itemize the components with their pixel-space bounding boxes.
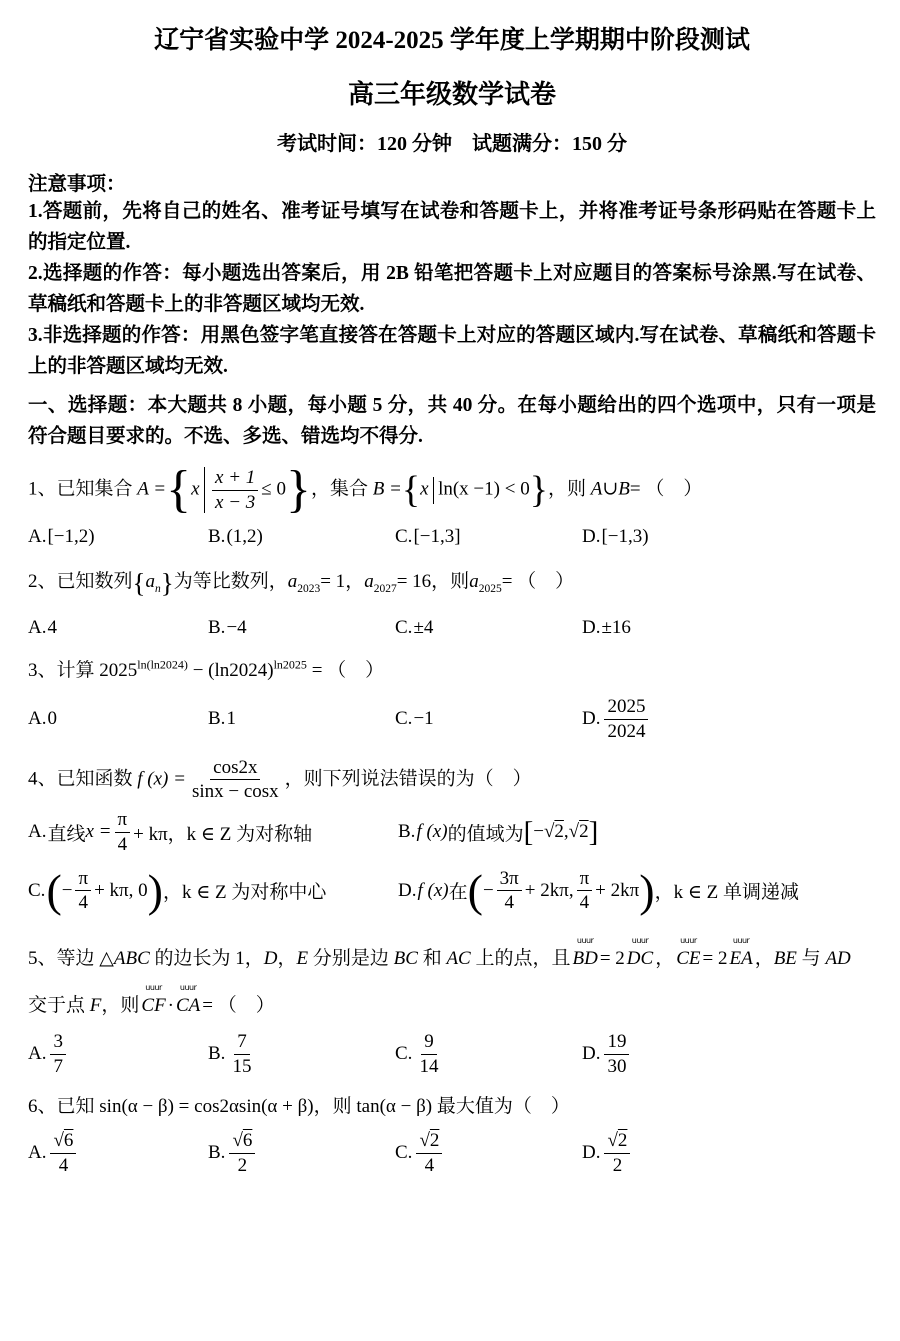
option-label: D.	[398, 880, 416, 902]
fraction-numerator: √2	[604, 1129, 630, 1154]
math-run: 1、已知集合	[28, 478, 137, 499]
sqrt-sign: √	[607, 1130, 617, 1151]
question-1-options: A.[−1,2) B.(1,2) C.[−1,3] D.[−1,3)	[28, 526, 876, 548]
option-value: ±16	[601, 617, 630, 639]
question-4-options-row-1: A.直线 x =π4+ kπ，k ∈ Z 为对称轴 B.f (x) 的值域为[−…	[28, 808, 876, 857]
math-run: ，	[655, 948, 674, 969]
sqrt-sign: √	[232, 1130, 242, 1151]
math-run: a	[288, 571, 298, 592]
math-run: −	[62, 880, 73, 902]
fraction-numerator: √6	[50, 1129, 76, 1154]
math-run: −	[533, 821, 544, 843]
math-run: = 2	[703, 948, 728, 969]
question-3-options: A.0 B.1 C.−1 D.20252024	[28, 695, 876, 744]
right-bracket: ]	[589, 819, 599, 846]
option: B.f (x) 的值域为[−√2,√2]	[398, 819, 876, 846]
option: A.37	[28, 1030, 208, 1079]
option-label: D.	[582, 617, 600, 639]
left-bracket: [	[524, 819, 534, 846]
math-run: + kπ, 0	[94, 880, 148, 902]
option: A.√64	[28, 1129, 208, 1178]
paper-subtitle: 高三年级数学试卷	[28, 74, 876, 111]
option-value: [−1,2)	[47, 526, 94, 548]
math-run: ，	[755, 948, 774, 969]
math-run: ，k ∈ Z 单调递减	[655, 877, 799, 904]
vector-arrow-mark: uuur	[145, 982, 162, 994]
fraction: π4	[577, 867, 593, 916]
math-run: = 16	[397, 571, 431, 592]
vector: uuurBD	[573, 945, 598, 974]
option-label: A.	[28, 617, 46, 639]
option-label: B.	[208, 617, 225, 639]
left-brace: {	[166, 467, 191, 513]
vector-letters: DC	[627, 948, 653, 969]
math-run: AD	[825, 948, 850, 969]
right-brace: }	[530, 473, 548, 507]
option-label: B.	[208, 1043, 225, 1065]
question-5-options: A.37 B.715 C.914 D.1930	[28, 1030, 876, 1079]
math-run: x	[191, 478, 199, 499]
math-run: ，集合	[311, 478, 373, 499]
fraction: π4	[115, 808, 131, 857]
question-6-options: A.√64 B.√62 C.√24 D.√22	[28, 1129, 876, 1178]
option: C.−1	[395, 708, 582, 730]
fraction-denominator: 14	[416, 1055, 441, 1079]
fraction-denominator: 15	[229, 1055, 254, 1079]
question-5: 5、等边 △ABC 的边长为 1，D，E 分别是边 BC 和 AC 上的点，且u…	[28, 937, 876, 1079]
math-run: ≤ 0	[261, 478, 286, 499]
question-2-options: A.4 B.−4 C.±4 D.±16	[28, 617, 876, 639]
option: D.[−1,3)	[582, 526, 876, 548]
set-divider-bar	[204, 467, 206, 513]
math-run: + 2kπ	[595, 880, 639, 902]
math-run: = （ ）	[202, 995, 274, 1016]
fraction-denominator: 4	[422, 1154, 438, 1178]
math-run: 上的点，且	[471, 948, 571, 969]
vector-arrow-mark: uuur	[577, 935, 594, 947]
section1-header: 一、选择题：本大题共 8 小题，每小题 5 分，共 40 分。在每小题给出的四个…	[28, 390, 876, 452]
math-run: A =	[137, 478, 166, 499]
math-run: 6、已知	[28, 1096, 99, 1117]
fraction-denominator: 7	[50, 1055, 66, 1079]
right-paren: )	[639, 870, 654, 912]
fraction-numerator: 3π	[497, 867, 522, 892]
math-run: 最大值为（ ）	[432, 1096, 570, 1117]
question-1: 1、已知集合 A ={xx + 1x − 3≤ 0}，集合 B ={xln(x …	[28, 466, 876, 549]
fraction-denominator: 4	[56, 1154, 72, 1178]
math-run: A∪B	[591, 478, 630, 499]
math-run: 分别是边	[308, 948, 394, 969]
option-label: D.	[582, 1142, 600, 1164]
dot-product-sign: ·	[168, 995, 174, 1016]
fraction: 3π4	[497, 867, 522, 916]
math-run: = （ ）	[630, 478, 702, 499]
math-run: E	[297, 948, 309, 969]
vector: uuurCA	[176, 992, 200, 1021]
fraction: √64	[50, 1129, 76, 1178]
option-label: C.	[28, 880, 45, 902]
note-item-3: 3.非选择题的作答：用黑色签字笔直接答在答题卡上对应的答题区域内.写在试卷、草稿…	[28, 320, 876, 382]
left-brace: {	[402, 473, 420, 507]
option-value: 1	[226, 708, 236, 730]
fraction-denominator: x − 3	[212, 491, 258, 515]
math-run: = （ ）	[307, 660, 384, 681]
option-value: (1,2)	[226, 526, 262, 548]
option-label: C.	[395, 617, 412, 639]
vector-letters: CA	[176, 995, 200, 1016]
option-value: 4	[47, 617, 57, 639]
math-run: 2、已知数列	[28, 571, 133, 592]
question-4-stem: 4、已知函数 f (x) =cos2xsinx − cosx，则下列说法错误的为…	[28, 756, 876, 805]
fraction: 20252024	[604, 695, 648, 744]
fraction-numerator: 2025	[604, 695, 648, 720]
note-item-2: 2.选择题的作答：每小题选出答案后，用 2B 铅笔把答题卡上对应题目的答案标号涂…	[28, 258, 876, 320]
right-brace: }	[286, 467, 311, 513]
fraction-numerator: π	[115, 808, 131, 833]
sqrt-radicand: 2	[430, 1130, 440, 1151]
option: C.(−π4+ kπ, 0)，k ∈ Z 为对称中心	[28, 867, 398, 916]
option: A.0	[28, 708, 208, 730]
option: D.1930	[582, 1030, 876, 1079]
option-value: [−1,3]	[413, 526, 460, 548]
vector-arrow-mark: uuur	[632, 935, 649, 947]
sqrt-sign: √	[569, 821, 579, 843]
math-run: BC	[394, 948, 418, 969]
fraction: 715	[229, 1030, 254, 1079]
math-run: D	[264, 948, 278, 969]
math-run: ，则	[314, 1096, 357, 1117]
option: A.直线 x =π4+ kπ，k ∈ Z 为对称轴	[28, 808, 398, 857]
fraction: cos2xsinx − cosx	[189, 756, 282, 805]
math-run: 在	[449, 877, 468, 904]
math-run: 5、等边	[28, 948, 99, 969]
fraction-numerator: cos2x	[210, 756, 260, 781]
option: D.f (x) 在(−3π4+ 2kπ,π4+ 2kπ)，k ∈ Z 单调递减	[398, 867, 876, 916]
math-run: sin(α − β) = cos2αsin(α + β)	[99, 1096, 313, 1117]
question-1-stem: 1、已知集合 A ={xx + 1x − 3≤ 0}，集合 B ={xln(x …	[28, 466, 876, 515]
option-label: B.	[398, 821, 415, 843]
option: D.20252024	[582, 695, 876, 744]
superscript: ln2025	[274, 657, 307, 671]
math-run: = 2	[600, 948, 625, 969]
vector-letters: EA	[729, 948, 752, 969]
math-run: f (x)	[416, 821, 447, 843]
fraction: √22	[604, 1129, 630, 1178]
option-label: C.	[395, 1043, 412, 1065]
fraction-numerator: √6	[229, 1129, 255, 1154]
math-run: −	[483, 880, 494, 902]
option-value: ±4	[413, 617, 433, 639]
fraction: √62	[229, 1129, 255, 1178]
math-run: x =	[86, 821, 112, 843]
option-label: B.	[208, 526, 225, 548]
fraction-numerator: x + 1	[212, 466, 258, 491]
right-paren: )	[148, 870, 163, 912]
question-2: 2、已知数列{an}为等比数列，a2023= 1，a2027= 16，则a202…	[28, 568, 876, 638]
math-run: ，则	[548, 478, 591, 499]
math-run: ，则	[431, 571, 469, 592]
fraction-numerator: π	[75, 867, 91, 892]
sqrt-radicand: 2	[554, 821, 564, 843]
math-run: + 2kπ,	[525, 880, 574, 902]
math-run: f (x)	[417, 880, 448, 902]
fraction-numerator: π	[577, 867, 593, 892]
fraction-denominator: 2	[235, 1154, 251, 1178]
math-run: （ ）	[512, 571, 574, 592]
sqrt-sign: √	[53, 1130, 63, 1151]
fraction-denominator: 4	[115, 833, 131, 857]
option: A.[−1,2)	[28, 526, 208, 548]
paper-title: 辽宁省实验中学 2024-2025 学年度上学期期中阶段测试	[28, 24, 876, 58]
math-run: ln(x −1) < 0	[438, 478, 530, 499]
vector-letters: BD	[573, 948, 598, 969]
sqrt-sign: √	[419, 1130, 429, 1151]
fraction-numerator: 7	[234, 1030, 250, 1055]
math-run: = 1	[320, 571, 345, 592]
question-3-stem: 3、计算 2025ln(ln2024) − (ln2024)ln2025 = （…	[28, 657, 876, 686]
fraction-denominator: 30	[604, 1055, 629, 1079]
question-4: 4、已知函数 f (x) =cos2xsinx − cosx，则下列说法错误的为…	[28, 756, 876, 916]
sqrt-radicand: 6	[243, 1130, 253, 1151]
math-run: F	[90, 995, 102, 1016]
option: C.√24	[395, 1129, 582, 1178]
math-run: =	[502, 571, 513, 592]
math-run: x	[420, 478, 428, 499]
math-run: BE	[774, 948, 797, 969]
math-run: ，	[345, 571, 364, 592]
sqrt-sign: √	[544, 821, 554, 843]
vector-arrow-mark: uuur	[180, 982, 197, 994]
option-value: 0	[47, 708, 57, 730]
math-run: △ABC	[99, 948, 150, 969]
question-5-stem-line-1: 5、等边 △ABC 的边长为 1，D，E 分别是边 BC 和 AC 上的点，且u…	[28, 937, 876, 974]
math-run: 直线	[47, 819, 85, 846]
fraction-denominator: 4	[501, 891, 517, 915]
fraction: x + 1x − 3	[212, 466, 258, 515]
option: A.4	[28, 617, 208, 639]
right-brace: }	[161, 570, 174, 596]
option-label: A.	[28, 526, 46, 548]
vector-letters: CE	[676, 948, 700, 969]
option-label: A.	[28, 708, 46, 730]
vector: uuurDC	[627, 945, 653, 974]
question-2-stem: 2、已知数列{an}为等比数列，a2023= 1，a2027= 16，则a202…	[28, 568, 876, 598]
option-label: A.	[28, 1142, 46, 1164]
math-run: −	[188, 660, 208, 681]
fraction-denominator: 4	[76, 891, 92, 915]
option: C.[−1,3]	[395, 526, 582, 548]
fraction-denominator: 4	[577, 891, 593, 915]
option: B.715	[208, 1030, 395, 1079]
math-run: (ln2024)	[208, 660, 273, 681]
option-label: B.	[208, 708, 225, 730]
math-run: 与	[797, 948, 826, 969]
left-paren: (	[46, 870, 61, 912]
fraction: 1930	[604, 1030, 629, 1079]
fraction: √24	[416, 1129, 442, 1178]
exam-info-line: 考试时间：120 分钟 试题满分：150 分	[28, 127, 876, 156]
math-run: a	[364, 571, 374, 592]
left-brace: {	[133, 570, 146, 596]
option: C.±4	[395, 617, 582, 639]
vector: uuurCF	[141, 992, 165, 1021]
option: B.√62	[208, 1129, 395, 1178]
vector-arrow-mark: uuur	[733, 935, 750, 947]
vector-letters: CF	[141, 995, 165, 1016]
math-run: 为等比数列，	[174, 571, 288, 592]
math-run: + kπ，k ∈ Z 为对称轴	[133, 819, 312, 846]
math-run: ，	[278, 948, 297, 969]
fraction-denominator: sinx − cosx	[189, 780, 282, 804]
question-5-stem-line-2: 交于点 F，则uuurCF·uuurCA= （ ）	[28, 984, 876, 1021]
math-run: 交于点	[28, 995, 90, 1016]
option: D.√22	[582, 1129, 876, 1178]
option-label: B.	[208, 1142, 225, 1164]
subscript: 2023	[297, 583, 320, 595]
note-item-1: 1.答题前，先将自己的姓名、准考证号填写在试卷和答题卡上，并将准考证号条形码贴在…	[28, 196, 876, 258]
fraction-numerator: 19	[604, 1030, 629, 1055]
question-6: 6、已知 sin(α − β) = cos2αsin(α + β)，则 tan(…	[28, 1093, 876, 1178]
math-run: ，则	[101, 995, 139, 1016]
math-run: 3、计算	[28, 660, 99, 681]
math-run: ，则下列说法错误的为（ ）	[285, 768, 532, 789]
subscript: 2027	[374, 583, 397, 595]
math-run: 和	[418, 948, 447, 969]
notes-heading: 注意事项：	[28, 168, 876, 196]
question-6-stem: 6、已知 sin(α − β) = cos2αsin(α + β)，则 tan(…	[28, 1093, 876, 1122]
option: B.(1,2)	[208, 526, 395, 548]
subscript: 2025	[479, 583, 502, 595]
option-value: −1	[413, 708, 433, 730]
math-run: 4、已知函数	[28, 768, 137, 789]
math-run: a	[469, 571, 479, 592]
math-run: ，k ∈ Z 为对称中心	[163, 877, 326, 904]
vector-arrow-mark: uuur	[680, 935, 697, 947]
option: C.914	[395, 1030, 582, 1079]
fraction-numerator: √2	[416, 1129, 442, 1154]
fraction: π4	[75, 867, 91, 916]
option-label: D.	[582, 708, 600, 730]
option-label: A.	[28, 821, 46, 843]
option-label: C.	[395, 526, 412, 548]
superscript: ln(ln2024)	[137, 657, 188, 671]
option: B.1	[208, 708, 395, 730]
option-label: A.	[28, 1043, 46, 1065]
exam-paper: 辽宁省实验中学 2024-2025 学年度上学期期中阶段测试 高三年级数学试卷 …	[0, 0, 900, 1178]
option: D.±16	[582, 617, 876, 639]
option-value: −4	[226, 617, 246, 639]
math-run: B =	[373, 478, 402, 499]
question-3: 3、计算 2025ln(ln2024) − (ln2024)ln2025 = （…	[28, 657, 876, 744]
math-run: AC	[446, 948, 470, 969]
vector: uuurCE	[676, 945, 700, 974]
option-value: [−1,3)	[601, 526, 648, 548]
fraction-denominator: 2024	[604, 720, 648, 744]
math-run: f (x) =	[137, 768, 186, 789]
math-run: 2025	[99, 660, 137, 681]
math-run: tan(α − β)	[356, 1096, 432, 1117]
sqrt-radicand: 2	[579, 821, 589, 843]
fraction: 914	[416, 1030, 441, 1079]
set-divider-bar	[433, 477, 435, 504]
fraction-denominator: 2	[610, 1154, 626, 1178]
option: B.−4	[208, 617, 395, 639]
left-paren: (	[468, 870, 483, 912]
option-label: D.	[582, 1043, 600, 1065]
option-label: C.	[395, 708, 412, 730]
option-label: C.	[395, 1142, 412, 1164]
fraction: 37	[50, 1030, 66, 1079]
math-run: 的边长为 1，	[150, 948, 264, 969]
math-run: 的值域为	[448, 819, 524, 846]
question-4-options-row-2: C.(−π4+ kπ, 0)，k ∈ Z 为对称中心 D.f (x) 在(−3π…	[28, 867, 876, 916]
option-label: D.	[582, 526, 600, 548]
sqrt-radicand: 2	[618, 1130, 628, 1151]
fraction-numerator: 3	[50, 1030, 66, 1055]
vector: uuurEA	[729, 945, 752, 974]
fraction-numerator: 9	[421, 1030, 437, 1055]
math-run: a	[145, 571, 155, 592]
sqrt-radicand: 6	[64, 1130, 74, 1151]
